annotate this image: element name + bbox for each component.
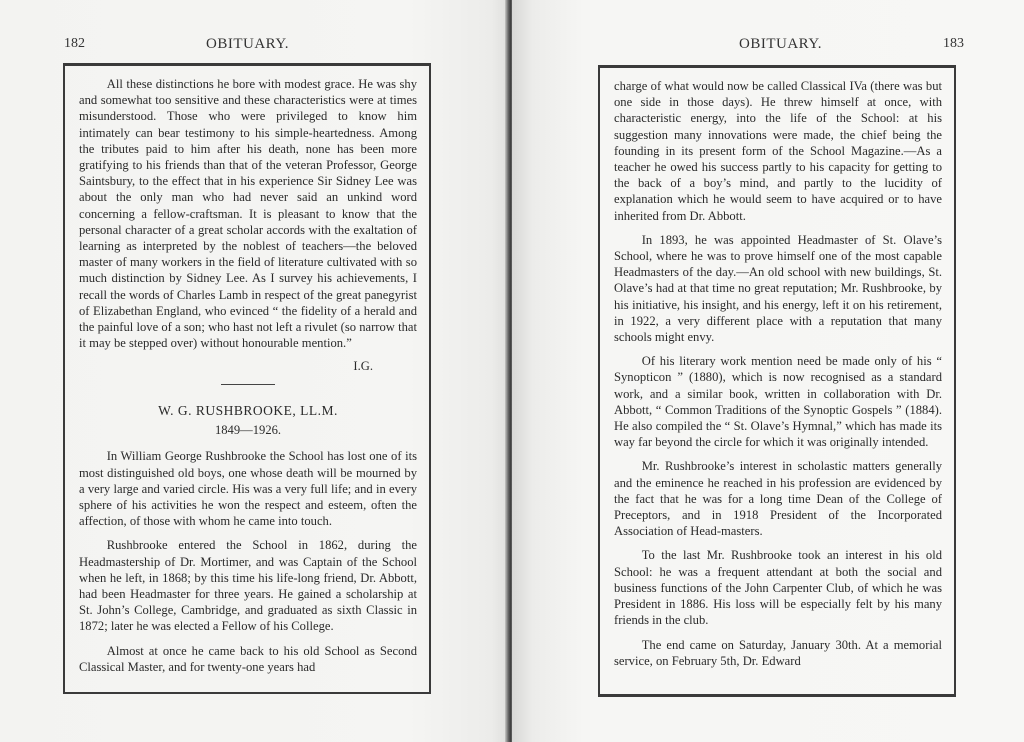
running-head: OBITUARY.: [206, 36, 289, 53]
paragraph: To the last Mr. Rushbrooke took an inter…: [614, 547, 942, 628]
left-page: 182 OBITUARY. All these distinctions he …: [0, 0, 512, 742]
text-frame: charge of what would now be called Class…: [598, 65, 956, 697]
paragraph: All these distinctions he bore with mode…: [79, 76, 417, 351]
signature: I.G.: [79, 359, 373, 374]
paragraph: In 1893, he was appointed Headmaster of …: [614, 232, 942, 345]
paragraph: In William George Rushbrooke the School …: [79, 448, 417, 529]
paragraph: The end came on Saturday, January 30th. …: [614, 637, 942, 669]
right-page: OBITUARY. 183 charge of what would now b…: [512, 0, 1024, 742]
section-divider: [221, 384, 275, 385]
page-number: 183: [943, 36, 964, 52]
paragraph: charge of what would now be called Class…: [614, 78, 942, 224]
paragraph: Mr. Rushbrooke’s interest in scholastic …: [614, 458, 942, 539]
paragraph: Of his literary work mention need be mad…: [614, 353, 942, 450]
obituary-dates: 1849—1926.: [79, 423, 417, 438]
paragraph: Almost at once he came back to his old S…: [79, 643, 417, 675]
obituary-title: W. G. RUSHBROOKE, LL.M.: [79, 403, 417, 419]
text-frame: All these distinctions he bore with mode…: [63, 63, 431, 694]
running-head: OBITUARY.: [739, 36, 822, 53]
paragraph: Rushbrooke entered the School in 1862, d…: [79, 537, 417, 634]
page-number: 182: [64, 36, 85, 52]
